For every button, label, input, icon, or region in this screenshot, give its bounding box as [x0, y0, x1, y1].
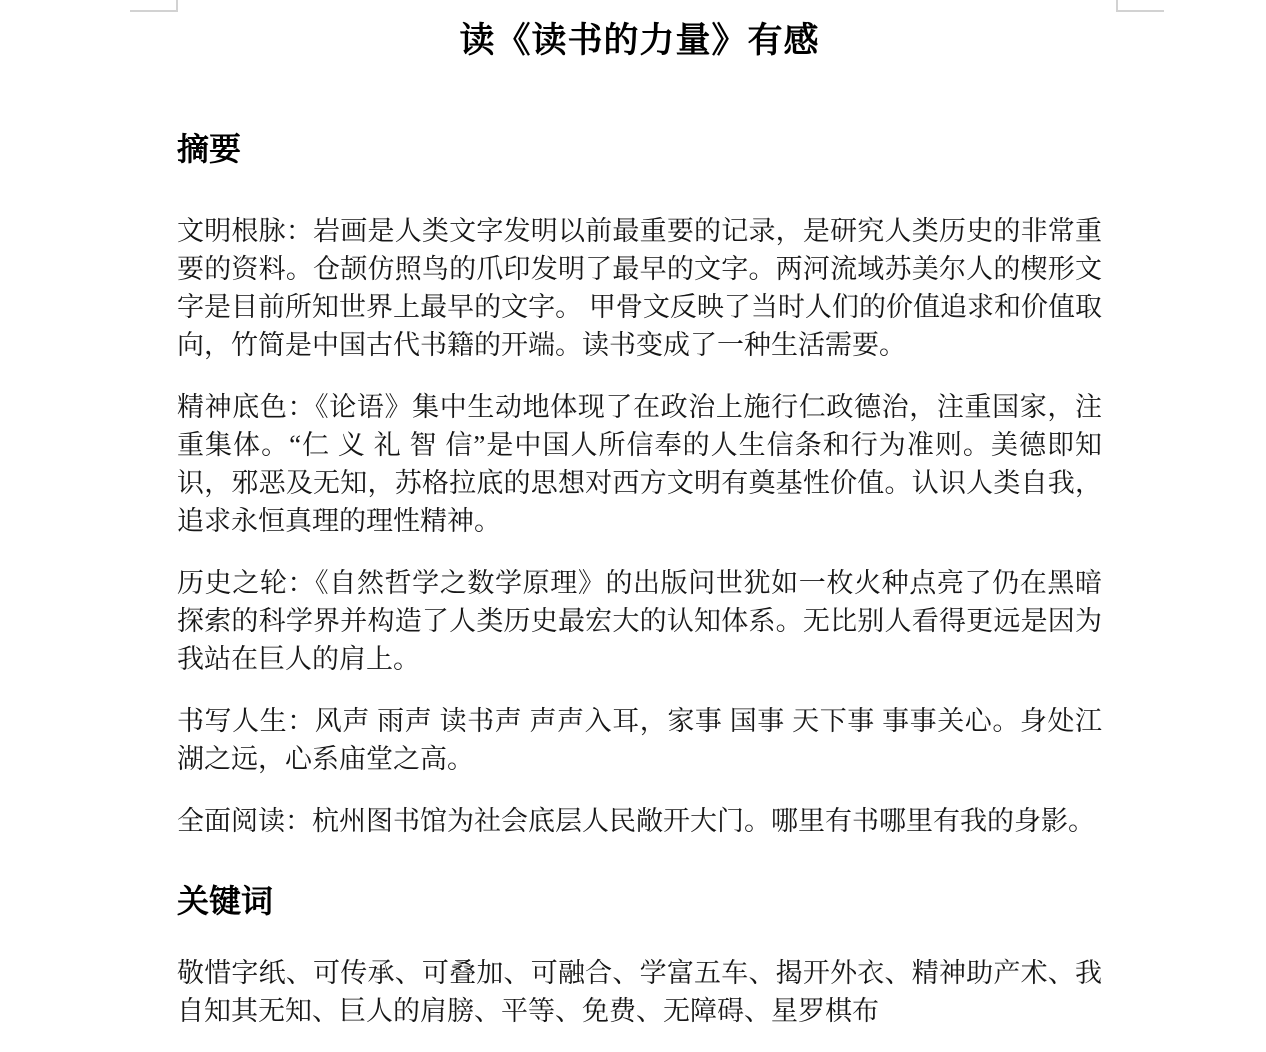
abstract-paragraph-wheel-of-history: 历史之轮：《自然哲学之数学原理》的出版问世犹如一枚火种点亮了仍在黑暗探索的科学界… [177, 564, 1102, 678]
section-heading-keywords: 关键词 [177, 880, 1102, 922]
document-content: 读《读书的力量》有感 摘要 文明根脉：岩画是人类文字发明以前最重要的记录，是研究… [177, 0, 1102, 1030]
abstract-paragraph-civilization-roots: 文明根脉：岩画是人类文字发明以前最重要的记录，是研究人类历史的非常重要的资料。仓… [177, 212, 1102, 364]
section-heading-abstract: 摘要 [177, 128, 1102, 170]
abstract-paragraph-writing-life: 书写人生：风声 雨声 读书声 声声入耳，家事 国事 天下事 事事关心。身处江湖之… [177, 702, 1102, 778]
keywords-paragraph: 敬惜字纸、可传承、可叠加、可融合、学富五车、揭开外衣、精神助产术、我自知其无知、… [177, 954, 1102, 1030]
abstract-paragraph-spiritual-foundation: 精神底色：《论语》集中生动地体现了在政治上施行仁政德治，注重国家，注重集体。“仁… [177, 388, 1102, 540]
document-title: 读《读书的力量》有感 [177, 0, 1102, 66]
document-page: 读《读书的力量》有感 摘要 文明根脉：岩画是人类文字发明以前最重要的记录，是研究… [0, 0, 1266, 1052]
text-boundary-mark-top-right [1116, 0, 1164, 12]
text-boundary-mark-top-left [130, 0, 178, 12]
abstract-paragraph-universal-reading: 全面阅读：杭州图书馆为社会底层人民敞开大门。哪里有书哪里有我的身影。 [177, 802, 1102, 840]
